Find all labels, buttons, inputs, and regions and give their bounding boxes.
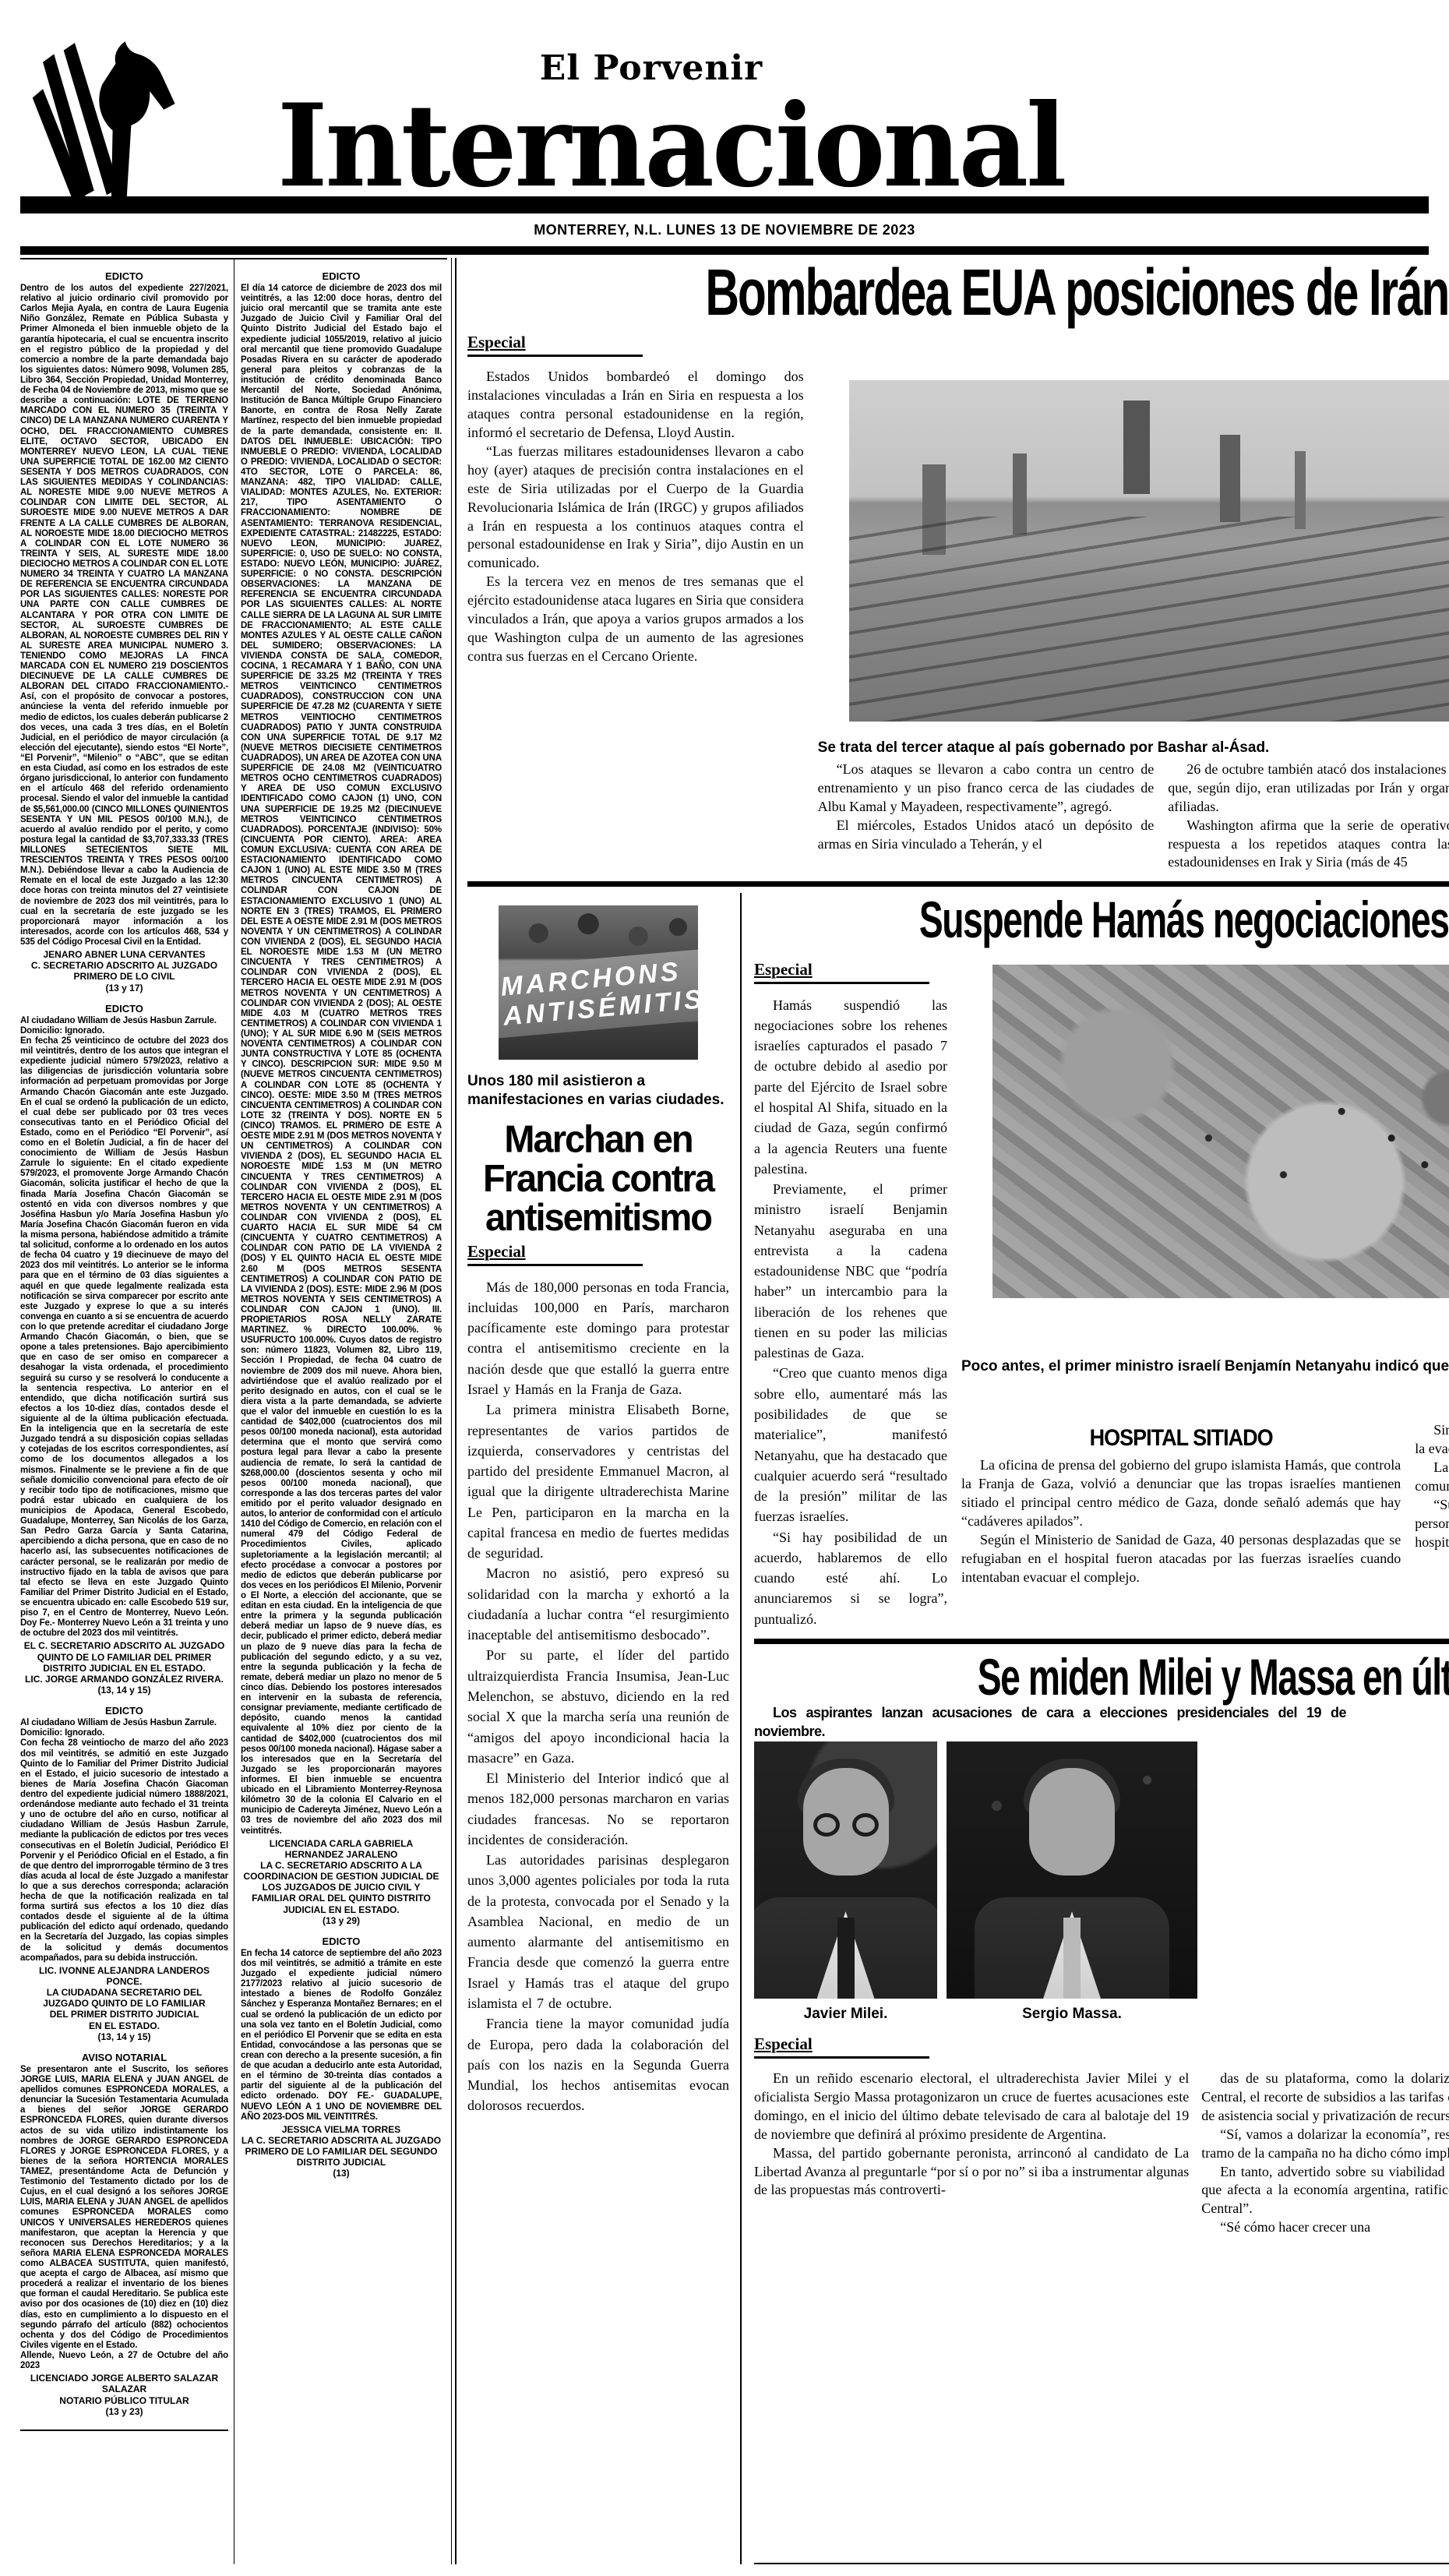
paragraph: Allende, Nuevo León, a 27 de Octubre del…	[20, 2351, 228, 2371]
paragraph: Según el Ministerio de Sanidad de Gaza, …	[961, 1531, 1401, 1587]
notice-title: EDICTO	[20, 1705, 228, 1717]
paragraph: LA C. SECRETARIO ADSCRITA AL JUZGADO	[241, 2135, 442, 2146]
paragraph: EL C. SECRETARIO ADSCRITO AL JUZGADO	[20, 1640, 228, 1651]
syria-column-2: “Los ataques se llevaron a cabo contra u…	[818, 760, 1155, 873]
paragraph: (13 y 29)	[241, 1915, 442, 1926]
paragraph: El miércoles, Estados Unidos atacó un de…	[818, 817, 1155, 854]
paragraph: LICENCIADA CARLA GABRIELA	[241, 1838, 442, 1849]
right-zone: Suspende Hamás negociaciones sobre rehen…	[742, 893, 1449, 2564]
paragraph: JENARO ABNER LUNA CERVANTES	[20, 949, 228, 960]
column-end-rule	[20, 2430, 228, 2431]
paragraph: LA CIUDADANA SECRETARIO DEL	[20, 1987, 228, 1998]
hospital-sitiado-subhead: HOSPITAL SITIADO	[961, 1424, 1401, 1451]
paragraph: Washington afirma que la serie de operat…	[1168, 817, 1449, 873]
notice-signature: JENARO ABNER LUNA CERVANTESC. SECRETARIO…	[20, 949, 228, 993]
legal-notice: EDICTO En fecha 14 catorce de septiembre…	[241, 1936, 442, 2179]
paragraph: COORDINACION DE GESTION JUDICIAL DE	[241, 1871, 442, 1882]
hamas-column-1: Especial Hamás suspendió las negociacion…	[754, 952, 947, 1629]
candidate-captions: Javier Milei. Sergio Massa.	[754, 1999, 1449, 2027]
notice-title: AVISO NOTARIAL	[20, 2052, 228, 2063]
paragraph: Dentro de los autos del expediente 227/2…	[20, 284, 228, 947]
france-headline: Marchan en Francia contra antisemitismo	[467, 1119, 729, 1237]
paragraph: DEL PRIMER DISTRITO JUDICIAL	[20, 2009, 228, 2020]
paragraph: JESSICA VIELMA TORRES	[241, 2124, 442, 2135]
notice-body: En fecha 14 catorce de septiembre del añ…	[241, 1949, 442, 2123]
paragraph: JUZGADO QUINTO DE LO FAMILIAR	[20, 1998, 228, 2009]
paragraph: Sin embargo, el Ejército israelí informó…	[1415, 1421, 1449, 1459]
paragraph: QUINTO DE LO FAMILIAR DEL PRIMER	[20, 1652, 228, 1663]
page-bottom-rule	[754, 2563, 1449, 2564]
paragraph: En un reñido escenario electoral, el ult…	[754, 2070, 1189, 2144]
notice-title: EDICTO	[20, 270, 228, 282]
hamas-column-2: La oficina de prensa del gobierno del gr…	[961, 1456, 1401, 1587]
paragraph: (13, 14 y 15)	[20, 2031, 228, 2042]
paragraph: (13)	[241, 2168, 442, 2179]
paragraph: Domicilio: Ignorado.	[20, 1026, 228, 1036]
paragraph: Francia tiene la mayor comunidad judía d…	[467, 2013, 729, 2115]
article-hamas: Suspende Hamás negociaciones sobre rehen…	[754, 893, 1449, 1629]
paragraph: En fecha 25 veinticinco de octubre del 2…	[20, 1036, 228, 1639]
notice-body: Al ciudadano William de Jesús Hasbun Zar…	[20, 1718, 228, 1964]
paragraph: DISTRITO JUDICIAL EN EL ESTADO.	[20, 1663, 228, 1674]
paragraph: Previamente, el primer ministro israelí …	[754, 1179, 947, 1363]
notice-body: Dentro de los autos del expediente 227/2…	[20, 284, 228, 947]
syria-strike-photo	[849, 380, 1449, 722]
syria-columns: Estados Unidos bombardeó el domingo dos …	[467, 368, 1449, 872]
notice-signature: EL C. SECRETARIO ADSCRITO AL JUZGADOQUIN…	[20, 1640, 228, 1696]
scorched-ground-texture	[849, 517, 1449, 722]
france-photo-caption: Unos 180 mil asistieron a manifestacione…	[467, 1072, 729, 1110]
hamas-photo-caption: Poco antes, el primer ministro israelí B…	[961, 1357, 1449, 1418]
debate-column-2: das de su plataforma, como la dolarizaci…	[1201, 2070, 1449, 2237]
france-text: Más de 180,000 personas en toda Francia,…	[467, 1277, 729, 2116]
paragraph: PRIMERO DE LO CIVIL	[20, 971, 228, 982]
hamas-headline: Suspende Hamás negociaciones sobre rehen…	[754, 893, 1449, 947]
legal-notice: EDICTO Dentro de los autos del expedient…	[20, 270, 228, 993]
paragraph: “Las fuerzas militares estadounidenses l…	[467, 443, 804, 573]
hamas-byline: Especial	[754, 960, 929, 984]
notice-title: EDICTO	[241, 1936, 442, 1947]
paragraph: NOTARIO PÚBLICO TITULAR	[20, 2395, 228, 2406]
legal-notice: AVISO NOTARIAL Se presentaron ante el Su…	[20, 2052, 228, 2417]
paragraph: La Organización Mundial de la Salud (OMS…	[1415, 1459, 1449, 1496]
section-divider	[467, 881, 1449, 887]
masthead: El Porvenir Internacional	[20, 0, 1429, 196]
notice-signature: LIC. IVONNE ALEJANDRA LANDEROSPONCE.LA C…	[20, 1965, 228, 2042]
milei-caption: Javier Milei.	[754, 2005, 937, 2024]
paragraph: Macron no asistió, pero expresó su solid…	[467, 1563, 729, 1645]
paragraph: El Ministerio del Interior indicó que al…	[467, 1768, 729, 1850]
notice-signature: LICENCIADO JORGE ALBERTO SALAZARSALAZARN…	[20, 2373, 228, 2417]
dateline: MONTERREY, N.L. LUNES 13 DE NOVIEMBRE DE…	[20, 213, 1429, 246]
notice-signature: LICENCIADA CARLA GABRIELAHERNANDEZ JARAL…	[241, 1838, 442, 1926]
paragraph: (13 y 23)	[20, 2406, 228, 2417]
paragraph: 26 de octubre también atacó dos instalac…	[1168, 760, 1449, 817]
paragraph: La oficina de prensa del gobierno del gr…	[961, 1456, 1401, 1531]
paragraph: El día 14 catorce de diciembre de 2023 d…	[241, 284, 442, 1837]
hamas-columns: Especial Hamás suspendió las negociacion…	[754, 952, 1449, 1629]
syria-headline: Bombardea EUA posiciones de Irán en Siri…	[467, 259, 1449, 325]
paragraph: “Suponemos que muchos contactos se han u…	[1415, 1496, 1449, 1552]
paragraph: La primera ministra Elisabeth Borne, rep…	[467, 1399, 729, 1563]
paragraph: HERNANDEZ JARALENO	[241, 1849, 442, 1860]
debate-headline: Se miden Milei y Massa en último debate	[754, 1650, 1449, 1704]
syria-column-1: Estados Unidos bombardeó el domingo dos …	[467, 368, 804, 872]
masthead-rule-bottom	[20, 246, 1429, 255]
debate-text-columns: En un reñido escenario electoral, el ult…	[754, 2070, 1449, 2237]
paragraph: PONCE.	[20, 1976, 228, 1987]
paragraph: Estados Unidos bombardeó el domingo dos …	[467, 368, 804, 443]
debate-deck: Los aspirantes lanzan acusaciones de car…	[754, 1704, 1346, 1741]
paragraph: LIC. IVONNE ALEJANDRA LANDEROS	[20, 1965, 228, 1976]
masthead-title: Internacional	[277, 88, 1025, 204]
debate-byline: Especial	[754, 2034, 929, 2059]
legal-column-2: EDICTO El día 14 catorce de diciembre de…	[234, 258, 447, 2564]
paragraph: (13 y 17)	[20, 983, 228, 993]
paragraph: Se presentaron ante el Suscrito, los señ…	[20, 2065, 228, 2351]
tie-shape	[837, 1918, 855, 1999]
notice-body: Al ciudadano William de Jesús Hasbun Zar…	[20, 1016, 228, 1639]
massa-photo	[947, 1741, 1197, 1999]
crowd-in-rubble-texture	[992, 965, 1449, 1298]
article-syria: Bombardea EUA posiciones de Irán en Siri…	[467, 258, 1449, 872]
debate-left-group: Javier Milei. Sergio Massa. Especial En …	[754, 1741, 1449, 2376]
paragraph: EN EL ESTADO.	[20, 2020, 228, 2031]
paragraph: SALAZAR	[20, 2384, 228, 2394]
paragraph: Domicilio: Ignorado.	[20, 1728, 228, 1738]
paragraph: Es la tercera vez en menos de tres seman…	[467, 573, 804, 666]
paragraph: C. SECRETARIO ADSCRITO AL JUZGADO	[20, 960, 228, 971]
hamas-text: Hamás suspendió las negociaciones sobre …	[754, 995, 947, 1629]
paragraph: “Los ataques se llevaron a cabo contra u…	[818, 760, 1155, 817]
head-shape	[1029, 1768, 1115, 1876]
paragraph: Hamás suspendió las negociaciones sobre …	[754, 995, 947, 1179]
massa-caption: Sergio Massa.	[947, 2005, 1197, 2024]
masthead-titles: El Porvenir Internacional	[277, 48, 1025, 198]
article-france: MARCHONS ANTISÉMITIS Unos 180 mil asisti…	[467, 893, 742, 2564]
tie-shape	[1063, 1918, 1081, 1999]
paragraph: LIC. JORGE ARMANDO GONZÁLEZ RIVERA.	[20, 1674, 228, 1685]
main-zone: Bombardea EUA posiciones de Irán en Siri…	[455, 258, 1449, 2564]
notice-title: EDICTO	[20, 1003, 228, 1015]
paragraph: LA C. SECRETARIO ADSCRITO A LA	[241, 1860, 442, 1871]
syria-column-3: 26 de octubre también atacó dos instalac…	[1168, 760, 1449, 873]
syria-byline: Especial	[467, 333, 643, 357]
paragraph: FAMILIAR ORAL DEL QUINTO DISTRITO	[241, 1893, 442, 1904]
paragraph: das de su plataforma, como la dolarizaci…	[1201, 2070, 1449, 2126]
section-divider	[754, 1639, 1449, 1644]
notice-signature: JESSICA VIELMA TORRESLA C. SECRETARIO AD…	[241, 2124, 442, 2179]
hamas-hospital-column: HOSPITAL SITIADO La oficina de prensa de…	[961, 1421, 1401, 1629]
notice-body: El día 14 catorce de diciembre de 2023 d…	[241, 284, 442, 1837]
paragraph: Por su parte, el líder del partido ultra…	[467, 1645, 729, 1768]
paragraph: LOS JUZGADOS DE JUICIO CIVIL Y	[241, 1882, 442, 1893]
paragraph: “Creo que cuanto menos diga sobre ello, …	[754, 1363, 947, 1526]
paragraph: Más de 180,000 personas en toda Francia,…	[467, 1277, 729, 1400]
paragraph: En fecha 14 catorce de septiembre del añ…	[241, 1949, 442, 2123]
legal-notice: EDICTO Al ciudadano William de Jesús Has…	[20, 1705, 228, 2042]
legal-column-1: EDICTO Dentro de los autos del expedient…	[20, 258, 234, 2564]
candidate-photos	[754, 1741, 1449, 1999]
france-march-photo: MARCHONS ANTISÉMITIS	[499, 905, 698, 1060]
paragraph: DISTRITO JUDICIAL	[241, 2157, 442, 2168]
syria-photo-ca​ption: Se trata del tercer ataque al país gober…	[818, 739, 1449, 757]
paragraph: Al ciudadano William de Jesús Hasbun Zar…	[20, 1016, 228, 1026]
paragraph: “Sé cómo hacer crecer una	[1201, 2218, 1449, 2237]
horse-head-icon	[28, 39, 184, 208]
legal-notice: EDICTO Al ciudadano William de Jesús Has…	[20, 1003, 228, 1696]
paragraph: “Si hay posibilidad de un acuerdo, habla…	[754, 1527, 947, 1629]
paragraph: LICENCIADO JORGE ALBERTO SALAZAR	[20, 2373, 228, 2384]
paragraph: En tanto, advertido sobre su viabilidad …	[1201, 2163, 1449, 2219]
paragraph: JUDICIAL EN EL ESTADO.	[241, 1904, 442, 1915]
gaza-rubble-photo	[992, 965, 1449, 1298]
article-debate: Se miden Milei y Massa en último debate …	[754, 1650, 1449, 2376]
paragraph: (13, 14 y 15)	[20, 1685, 228, 1696]
paragraph: Con fecha 28 veintiocho de marzo del año…	[20, 1738, 228, 1963]
paragraph: Massa, del partido gobernante peronista,…	[754, 2144, 1189, 2200]
paragraph: Las autoridades parisinas desplegaron un…	[467, 1850, 729, 2013]
protest-banner: MARCHONS ANTISÉMITIS	[499, 949, 698, 1038]
hamas-column-3: Sin embargo, el Ejército israelí informó…	[1415, 1421, 1449, 1629]
debate-columns: Javier Milei. Sergio Massa. Especial En …	[754, 1741, 1449, 2376]
paragraph: Al ciudadano William de Jesús Hasbun Zar…	[20, 1718, 228, 1728]
paragraph: “Sí, vamos a dolarizar la economía”, res…	[1201, 2126, 1449, 2163]
debate-column-1: En un reñido escenario electoral, el ult…	[754, 2070, 1189, 2237]
milei-photo	[754, 1741, 937, 1999]
legal-notices-zone: EDICTO Dentro de los autos del expedient…	[20, 258, 452, 2564]
oil-facility-silhouette-icon	[1123, 401, 1150, 494]
legal-notice: EDICTO El día 14 catorce de diciembre de…	[241, 270, 442, 1926]
notice-title: EDICTO	[241, 270, 442, 282]
notice-body: Se presentaron ante el Suscrito, los señ…	[20, 2065, 228, 2371]
newspaper-page: El Porvenir Internacional MONTERREY, N.L…	[0, 0, 1449, 2576]
paragraph: PRIMERO DE LO FAMILIAR DEL SEGUNDO	[241, 2146, 442, 2157]
glasses-icon	[809, 1813, 883, 1837]
france-byline: Especial	[467, 1242, 643, 1266]
